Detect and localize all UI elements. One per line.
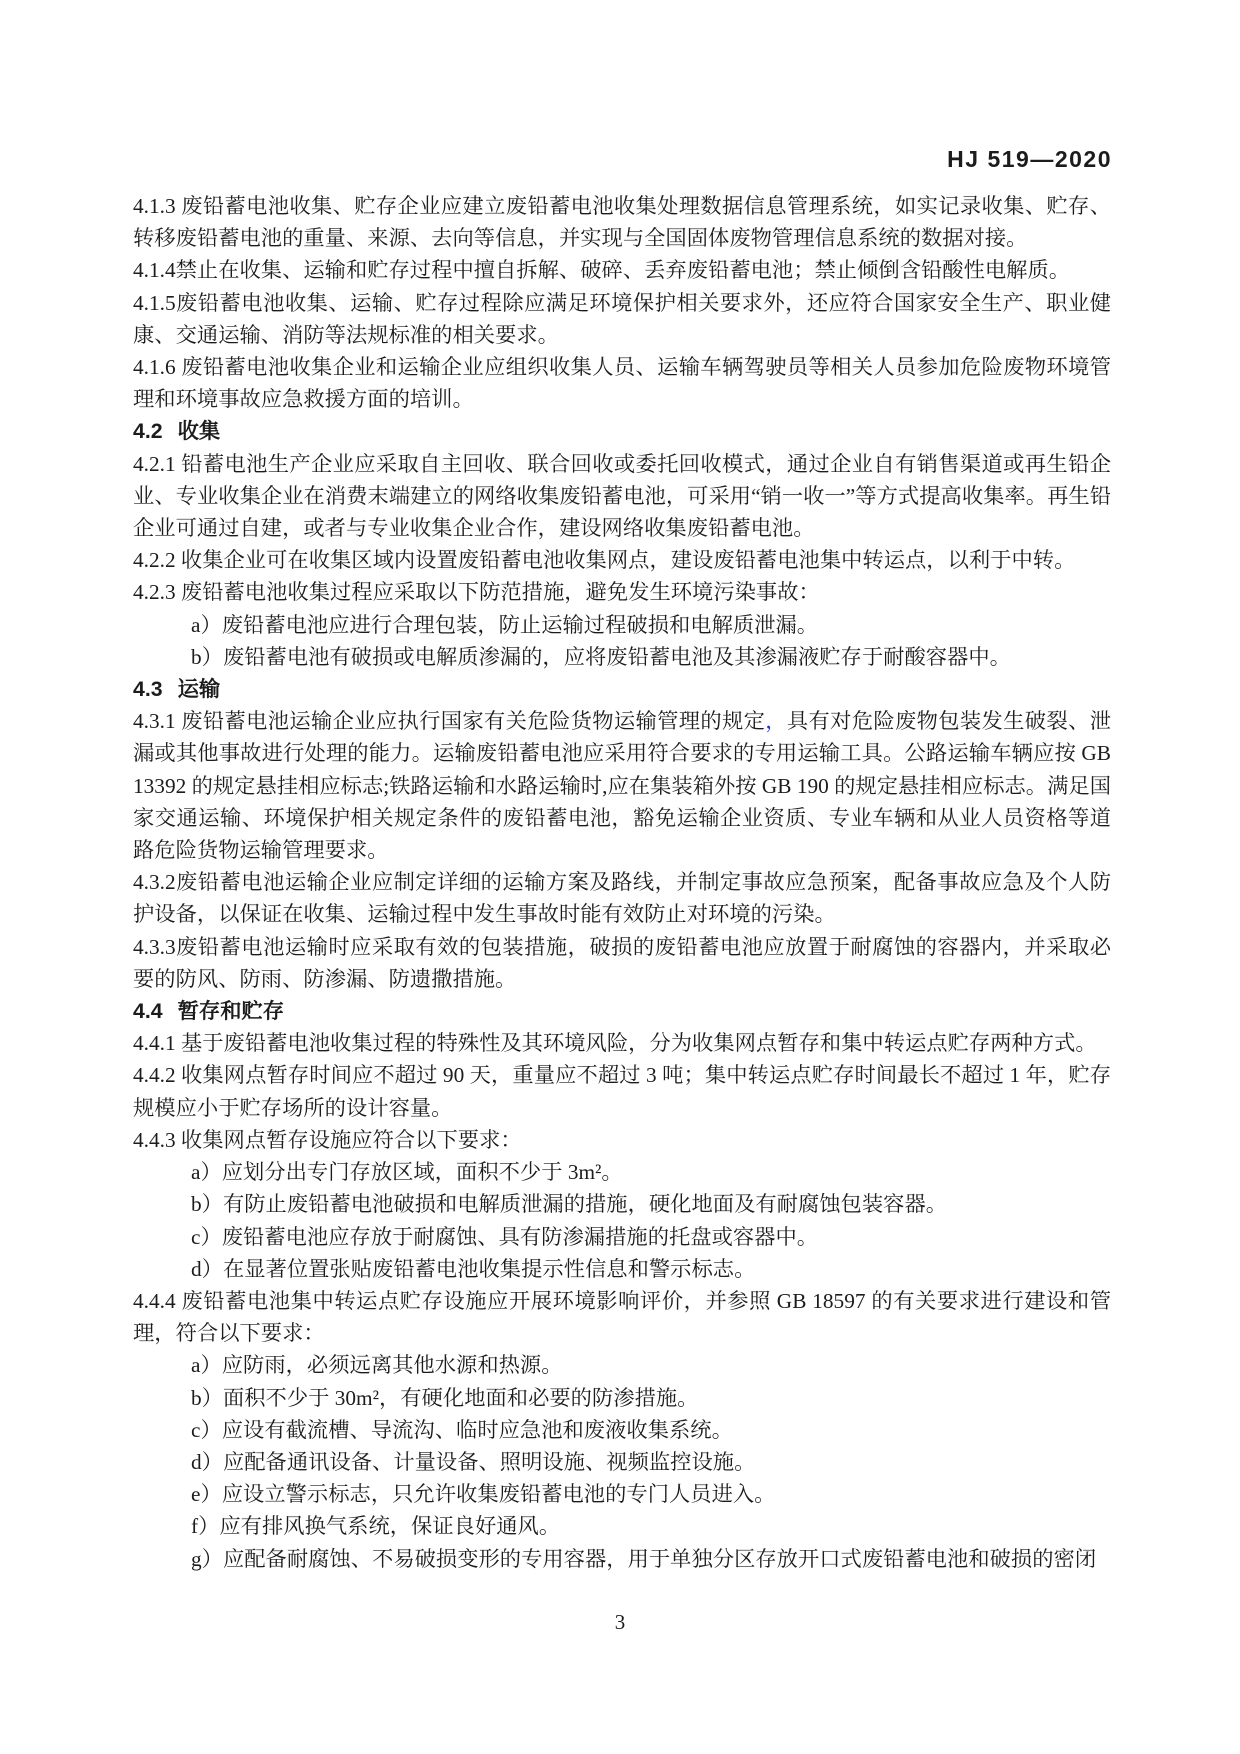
list-item: a）应划分出专门存放区域，面积不少于 3m²。 bbox=[133, 1156, 1111, 1188]
list-item: b）废铅蓄电池有破损或电解质渗漏的，应将废铅蓄电池及其渗漏液贮存于耐酸容器中。 bbox=[133, 641, 1111, 673]
list-item: c）应设有截流槽、导流沟、临时应急池和废液收集系统。 bbox=[133, 1414, 1111, 1446]
section-title: 运输 bbox=[178, 677, 221, 701]
list-item: d）在显著位置张贴废铅蓄电池收集提示性信息和警示标志。 bbox=[133, 1253, 1111, 1285]
list-item: e）应设立警示标志，只允许收集废铅蓄电池的专门人员进入。 bbox=[133, 1478, 1111, 1510]
section-number: 4.2 bbox=[133, 419, 163, 443]
list-item: d）应配备通讯设备、计量设备、照明设施、视频监控设施。 bbox=[133, 1446, 1111, 1478]
document-body: 4.1.3 废铅蓄电池收集、贮存企业应建立废铅蓄电池收集处理数据信息管理系统，如… bbox=[133, 190, 1111, 1575]
list-item: b）有防止废铅蓄电池破损和电解质泄漏的措施，硬化地面及有耐腐蚀包装容器。 bbox=[133, 1188, 1111, 1220]
paragraph: 4.1.4禁止在收集、运输和贮存过程中擅自拆解、破碎、丢弃废铅蓄电池；禁止倾倒含… bbox=[133, 254, 1111, 286]
paragraph: 4.4.3 收集网点暂存设施应符合以下要求： bbox=[133, 1124, 1111, 1156]
section-heading: 4.4暂存和贮存 bbox=[133, 995, 1111, 1027]
paragraph: 4.2.2 收集企业可在收集区域内设置废铅蓄电池收集网点，建设废铅蓄电池集中转运… bbox=[133, 544, 1111, 576]
paragraph: 4.3.3废铅蓄电池运输时应采取有效的包装措施，破损的废铅蓄电池应放置于耐腐蚀的… bbox=[133, 931, 1111, 995]
list-item: a）应防雨，必须远离其他水源和热源。 bbox=[133, 1349, 1111, 1381]
list-item: b）面积不少于 30m²，有硬化地面和必要的防渗措施。 bbox=[133, 1382, 1111, 1414]
paragraph: 4.1.6 废铅蓄电池收集企业和运输企业应组织收集人员、运输车辆驾驶员等相关人员… bbox=[133, 351, 1111, 415]
paragraph: 4.3.2废铅蓄电池运输企业应制定详细的运输方案及路线，并制定事故应急预案，配备… bbox=[133, 866, 1111, 930]
list-item: g）应配备耐腐蚀、不易破损变形的专用容器，用于单独分区存放开口式废铅蓄电池和破损… bbox=[133, 1543, 1111, 1575]
section-heading: 4.2收集 bbox=[133, 415, 1111, 447]
text-run: 4.3.1 废铅蓄电池运输企业应执行国家有关危险货物运输管理的规定 bbox=[133, 709, 765, 733]
document-code-header: HJ 519—2020 bbox=[0, 146, 1112, 173]
paragraph: 4.4.2 收集网点暂存时间应不超过 90 天，重量应不超过 3 吨；集中转运点… bbox=[133, 1059, 1111, 1123]
paragraph: 4.4.1 基于废铅蓄电池收集过程的特殊性及其环境风险，分为收集网点暂存和集中转… bbox=[133, 1027, 1111, 1059]
highlighted-text: ， bbox=[765, 709, 787, 733]
paragraph: 4.1.5废铅蓄电池收集、运输、贮存过程除应满足环境保护相关要求外，还应符合国家… bbox=[133, 287, 1111, 351]
document-page: HJ 519—2020 4.1.3 废铅蓄电池收集、贮存企业应建立废铅蓄电池收集… bbox=[0, 0, 1240, 1754]
section-heading: 4.3运输 bbox=[133, 673, 1111, 705]
list-item: f）应有排风换气系统，保证良好通风。 bbox=[133, 1510, 1111, 1542]
paragraph: 4.2.1 铅蓄电池生产企业应采取自主回收、联合回收或委托回收模式，通过企业自有… bbox=[133, 448, 1111, 545]
section-title: 暂存和贮存 bbox=[178, 999, 285, 1023]
page-number: 3 bbox=[0, 1610, 1240, 1635]
section-title: 收集 bbox=[178, 419, 221, 443]
section-number: 4.4 bbox=[133, 999, 163, 1023]
list-item: a）废铅蓄电池应进行合理包装，防止运输过程破损和电解质泄漏。 bbox=[133, 609, 1111, 641]
paragraph: 4.3.1 废铅蓄电池运输企业应执行国家有关危险货物运输管理的规定，具有对危险废… bbox=[133, 705, 1111, 866]
list-item: c）废铅蓄电池应存放于耐腐蚀、具有防渗漏措施的托盘或容器中。 bbox=[133, 1221, 1111, 1253]
paragraph: 4.4.4 废铅蓄电池集中转运点贮存设施应开展环境影响评价，并参照 GB 185… bbox=[133, 1285, 1111, 1349]
paragraph: 4.2.3 废铅蓄电池收集过程应采取以下防范措施，避免发生环境污染事故： bbox=[133, 576, 1111, 608]
section-number: 4.3 bbox=[133, 677, 163, 701]
paragraph: 4.1.3 废铅蓄电池收集、贮存企业应建立废铅蓄电池收集处理数据信息管理系统，如… bbox=[133, 190, 1111, 254]
